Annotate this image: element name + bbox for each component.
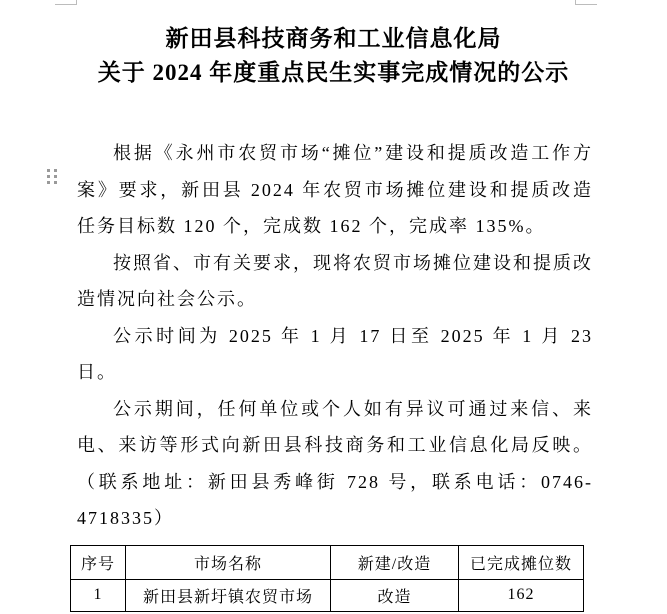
completion-table: 序号 市场名称 新建/改造 已完成摊位数 1 新田县新圩镇农贸市场 改造 162 [70, 545, 584, 612]
col-header-index: 序号 [71, 545, 126, 579]
doc-title-subject: 关于 2024 年度重点民生实事完成情况的公示 [0, 56, 667, 90]
drag-handle-icon[interactable] [47, 169, 57, 184]
cell-completed-stalls: 162 [459, 579, 584, 611]
cell-build-type: 改造 [331, 579, 459, 611]
text-boundary-mark-left-icon [55, 0, 77, 5]
notice-paragraph-announcement: 按照省、市有关要求，现将农贸市场摊位建设和提质改造情况向社会公示。 [77, 245, 593, 318]
text-boundary-mark-right-icon [575, 0, 597, 5]
doc-title-org: 新田县科技商务和工业信息化局 [0, 22, 667, 56]
col-header-build-type: 新建/改造 [331, 545, 459, 579]
cell-market-name: 新田县新圩镇农贸市场 [126, 579, 331, 611]
table-header-row: 序号 市场名称 新建/改造 已完成摊位数 [71, 545, 584, 579]
table-row: 1 新田县新圩镇农贸市场 改造 162 [71, 579, 584, 611]
doc-title: 新田县科技商务和工业信息化局 关于 2024 年度重点民生实事完成情况的公示 [0, 0, 667, 90]
doc-body: 根据《永州市农贸市场“摊位”建设和提质改造工作方案》要求，新田县 2024 年农… [77, 135, 593, 537]
col-header-completed-stalls: 已完成摊位数 [459, 545, 584, 579]
cell-index: 1 [71, 579, 126, 611]
col-header-market-name: 市场名称 [126, 545, 331, 579]
notice-paragraph-period: 公示时间为 2025 年 1 月 17 日至 2025 年 1 月 23 日。 [77, 318, 593, 391]
document-page: 新田县科技商务和工业信息化局 关于 2024 年度重点民生实事完成情况的公示 根… [0, 0, 667, 614]
notice-paragraph-contact: 公示期间，任何单位或个人如有异议可通过来信、来电、来访等形式向新田县科技商务和工… [77, 391, 593, 537]
notice-paragraph-basis: 根据《永州市农贸市场“摊位”建设和提质改造工作方案》要求，新田县 2024 年农… [77, 135, 593, 245]
